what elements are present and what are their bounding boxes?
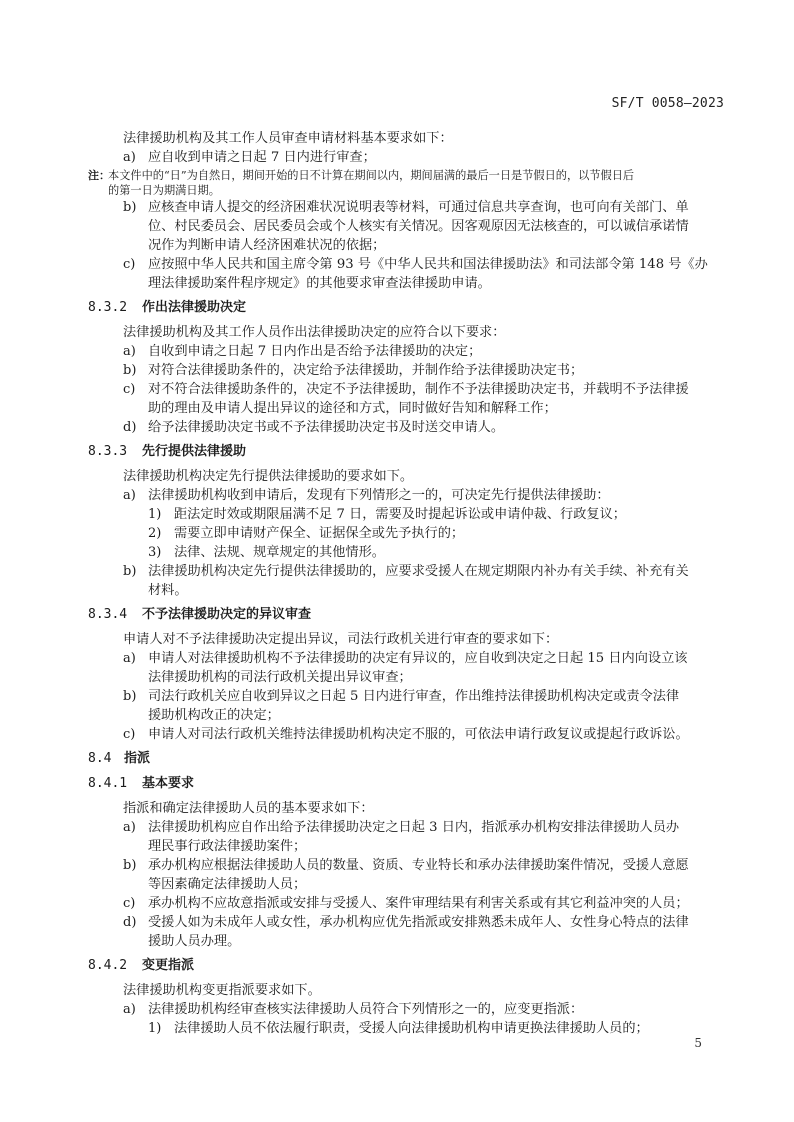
section-number: 8.4 (88, 750, 111, 768)
paragraph-intro: 法律援助机构决定先行提供法律援助的要求如下。 (123, 468, 413, 486)
paragraph-intro: 法律援助机构变更指派要求如下。 (123, 982, 321, 1000)
list-text: 申请人对法律援助机构不予法律援助的决定有异议的，应自收到决定之日起 15 日内向… (148, 650, 687, 668)
paragraph-intro: 指派和确定法律援助人员的基本要求如下： (123, 800, 374, 818)
section-number: 8.3.3 (88, 443, 127, 461)
list-text: 对不符合法律援助条件的，决定不予法律援助，制作不予法律援助决定书，并载明不予法律… (148, 381, 689, 399)
list-text: 法律援助机构收到申请后，发现有下列情形之一的，可决定先行提供法律援助： (148, 487, 610, 505)
list-text: 对符合法律援助条件的，决定给予法律援助，并制作给予法律援助决定书； (148, 362, 583, 380)
section-title: 先行提供法律援助 (142, 443, 246, 461)
list-label: a) (123, 487, 136, 505)
paragraph-intro: 法律援助机构及其工作人员作出法律援助决定的应符合以下要求： (123, 324, 505, 342)
sub-list-label: 1) (148, 506, 161, 524)
list-text: 法律援助机构决定先行提供法律援助的，应要求受援人在规定期限内补办有关手续、补充有… (148, 563, 689, 581)
list-text: 法律援助机构应自作出给予法律援助决定之日起 3 日内，指派承办机构安排法律援助人… (148, 819, 679, 837)
section-number: 8.4.1 (88, 775, 127, 793)
standard-code: SF/T 0058—2023 (612, 96, 724, 111)
section-number: 8.4.2 (88, 957, 127, 975)
sub-list-label: 1) (148, 1020, 161, 1038)
section-number: 8.3.4 (88, 606, 127, 624)
list-label: b) (123, 199, 136, 217)
sub-list-text: 法律、法规、规章规定的其他情形。 (174, 544, 385, 562)
sub-list-label: 2) (148, 525, 161, 543)
sub-list-text: 距法定时效或期限届满不足 7 日，需要及时提起诉讼或申请仲裁、行政复议； (174, 506, 626, 524)
list-text: 给予法律援助决定书或不予法律援助决定书及时送交申请人。 (148, 419, 504, 437)
list-text-cont: 等因素确定法律援助人员； (148, 876, 306, 894)
list-text: 自收到申请之日起 7 日内作出是否给予法律援助的决定； (148, 343, 481, 361)
section-title: 基本要求 (142, 775, 194, 793)
list-label: a) (123, 343, 136, 361)
paragraph-intro: 法律援助机构及其工作人员审查申请材料基本要求如下： (123, 130, 453, 148)
list-text-cont: 位、村民委员会、居民委员会或个人核实有关情况。因客观原因无法核查的，可以诚信承诺… (148, 218, 689, 236)
list-text-cont: 法律援助机构的司法行政机关提出异议审查； (148, 669, 412, 687)
note-label: 注： (88, 167, 110, 185)
list-text-cont: 援助机构改正的决定； (148, 707, 280, 725)
list-label: a) (123, 650, 136, 668)
section-title: 作出法律援助决定 (142, 299, 246, 317)
list-text: 应核查申请人提交的经济困难状况说明表等材料，可通过信息共享查询，也可向有关部门、… (148, 199, 689, 217)
list-label: a) (123, 819, 136, 837)
list-text-cont: 理法律援助案件程序规定》的其他要求审查法律援助申请。 (148, 275, 491, 293)
list-text: 申请人对司法行政机关维持法律援助机构决定不服的，可依法申请行政复议或提起行政诉讼… (148, 726, 689, 744)
list-text: 司法行政机关应自收到异议之日起 5 日内进行审查，作出维持法律援助机构决定或责令… (148, 688, 679, 706)
list-text-cont: 助的理由及申请人提出异议的途径和方式，同时做好告知和解释工作； (148, 400, 557, 418)
list-text: 受援人如为未成年人或女性，承办机构应优先指派或安排熟悉未成年人、女性身心特点的法… (148, 914, 689, 932)
list-text: 承办机构不应故意指派或安排与受援人、案件审理结果有利害关系或有其它利益冲突的人员… (148, 895, 689, 913)
note-text-cont: 的第一日为期满日期。 (108, 182, 220, 200)
list-label: c) (123, 256, 135, 274)
section-title: 变更指派 (142, 957, 194, 975)
list-label: d) (123, 419, 136, 437)
list-text: 应自收到申请之日起 7 日内进行审查； (148, 149, 376, 167)
sub-list-text: 法律援助人员不依法履行职责，受援人向法律援助机构申请更换法律援助人员的； (174, 1020, 649, 1038)
list-text-cont: 况作为判断申请人经济困难状况的依据； (148, 237, 385, 255)
list-text-cont: 理民事行政法律援助案件； (148, 838, 306, 856)
section-number: 8.3.2 (88, 299, 127, 317)
list-label: b) (123, 563, 136, 581)
list-text: 应按照中华人民共和国主席令第 93 号《中华人民共和国法律援助法》和司法部令第 … (148, 256, 708, 274)
list-label: b) (123, 857, 136, 875)
list-label: c) (123, 381, 135, 399)
sub-list-label: 3) (148, 544, 161, 562)
list-text: 承办机构应根据法律援助人员的数量、资质、专业特长和承办法律援助案件情况，受援人意… (148, 857, 689, 875)
page-number: 5 (694, 1036, 702, 1050)
list-text-cont: 援助人员办理。 (148, 933, 240, 951)
list-label: b) (123, 362, 136, 380)
sub-list-text: 需要立即申请财产保全、证据保全或先予执行的； (174, 525, 464, 543)
list-label: a) (123, 149, 136, 167)
list-label: a) (123, 1001, 136, 1019)
section-title: 指派 (124, 750, 150, 768)
list-label: d) (123, 914, 136, 932)
section-title: 不予法律援助决定的异议审查 (142, 606, 311, 624)
list-label: b) (123, 688, 136, 706)
list-text: 法律援助机构经审查核实法律援助人员符合下列情形之一的，应变更指派： (148, 1001, 583, 1019)
list-label: c) (123, 895, 135, 913)
paragraph-intro: 申请人对不予法律援助决定提出异议，司法行政机关进行审查的要求如下： (123, 631, 558, 649)
list-text-cont: 材料。 (148, 582, 188, 600)
list-label: c) (123, 726, 135, 744)
